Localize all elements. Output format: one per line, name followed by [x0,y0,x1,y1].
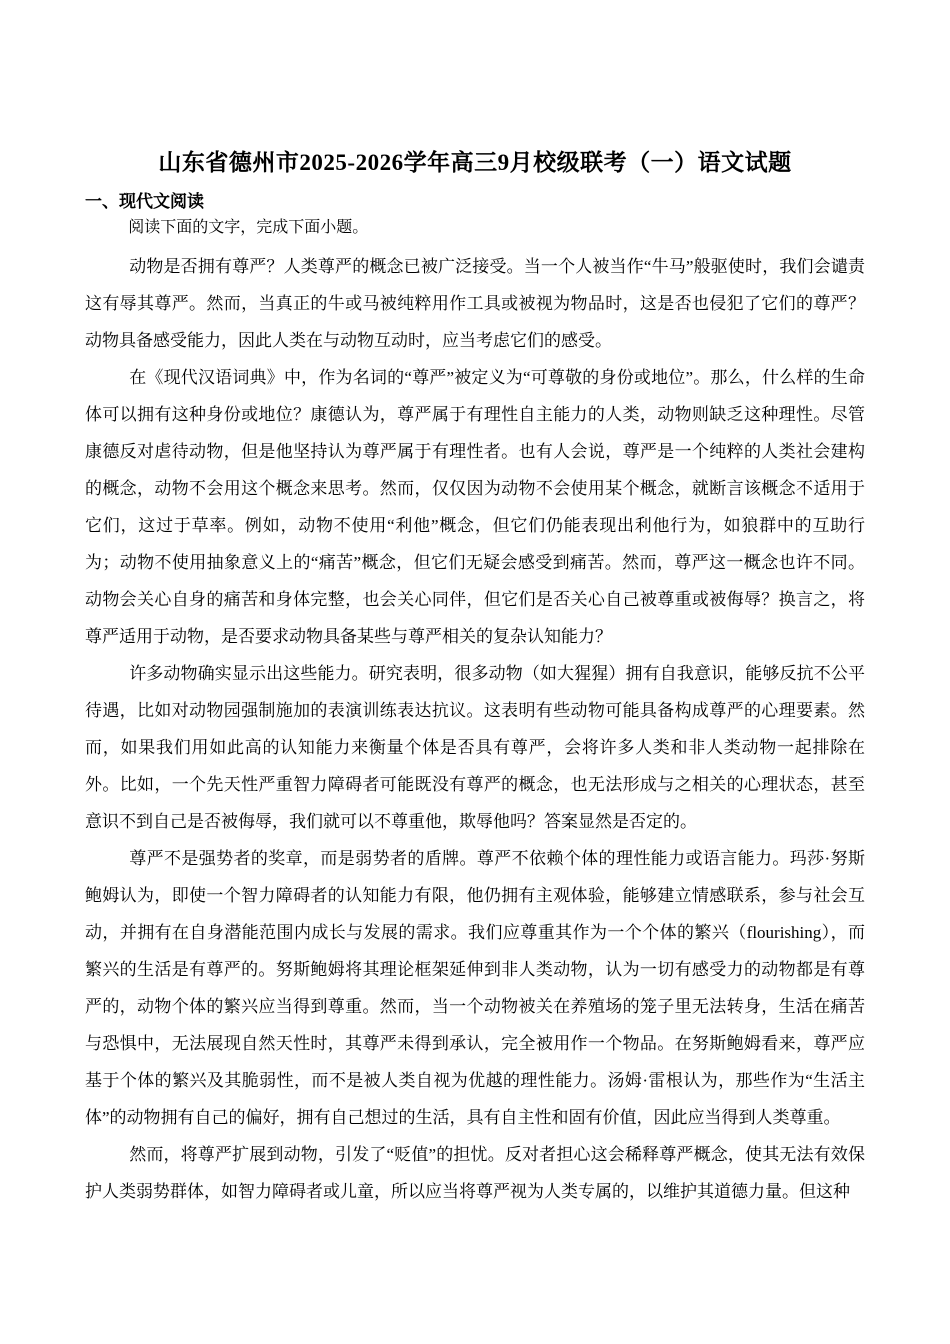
passage-paragraph: 尊严不是强势者的奖章，而是弱势者的盾牌。尊严不依赖个体的理性能力或语言能力。玛莎… [85,840,865,1136]
passage-paragraph: 动物是否拥有尊严？人类尊严的概念已被广泛接受。当一个人被当作“牛马”般驱使时，我… [85,248,865,359]
page-title: 山东省德州市2025-2026学年高三9月校级联考（一）语文试题 [85,146,865,180]
passage: 动物是否拥有尊严？人类尊严的概念已被广泛接受。当一个人被当作“牛马”般驱使时，我… [85,248,865,1210]
section-heading: 一、现代文阅读 [85,190,865,214]
reading-instruction: 阅读下面的文字，完成下面小题。 [85,214,865,242]
passage-paragraph: 在《现代汉语词典》中，作为名词的“尊严”被定义为“可尊敬的身份或地位”。那么，什… [85,359,865,655]
passage-paragraph: 许多动物确实显示出这些能力。研究表明，很多动物（如大猩猩）拥有自我意识，能够反抗… [85,655,865,840]
exam-paper-page: 山东省德州市2025-2026学年高三9月校级联考（一）语文试题 一、现代文阅读… [0,0,950,1344]
passage-paragraph: 然而，将尊严扩展到动物，引发了“贬值”的担忧。反对者担心这会稀释尊严概念，使其无… [85,1136,865,1210]
